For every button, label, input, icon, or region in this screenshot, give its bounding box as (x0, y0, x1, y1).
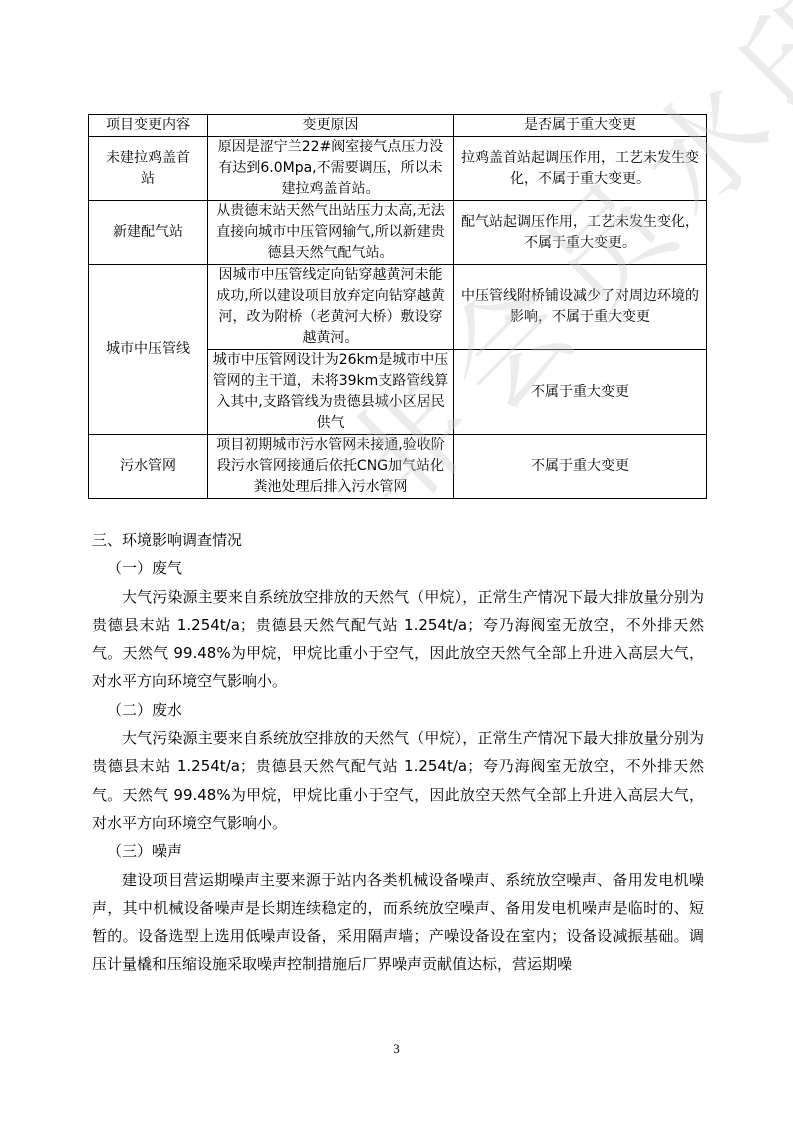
cell-reason: 从贵德末站天然气出站压力太高,无法直接向城市中压管网输气,所以新建贵德县天然气配… (208, 201, 454, 265)
header-reason: 变更原因 (208, 115, 454, 137)
cell-major: 中压管线附桥铺设减少了对周边环境的影响，不属于重大变更 (454, 265, 707, 350)
cell-item: 城市中压管线 (89, 265, 208, 435)
change-table: 项目变更内容 变更原因 是否属于重大变更 未建拉鸡盖首站 原因是涩宁兰22#阀室… (88, 114, 707, 499)
paragraph-noise: 建设项目营运期噪声主要来源于站内各类机械设备噪声、系统放空噪声、备用发电机噪声，… (92, 866, 704, 979)
cell-item: 新建配气站 (89, 201, 208, 265)
subsection-heading-noise: （三）噪声 (92, 837, 704, 865)
cell-major: 拉鸡盖首站起调压作用，工艺未发生变化，不属于重大变更。 (454, 137, 707, 201)
cell-major: 配气站起调压作用，工艺未发生变化，不属于重大变更。 (454, 201, 707, 265)
cell-reason: 项目初期城市污水管网未接通,验收阶段污水管网接通后依托CNG加气站化粪池处理后排… (208, 435, 454, 499)
subsection-heading-exhaust-gas: （一）废气 (92, 554, 704, 582)
document-body: 三、环境影响调查情况 （一）废气 大气污染源主要来自系统放空排放的天然气（甲烷）… (92, 526, 704, 979)
paragraph-wastewater: 大气污染源主要来自系统放空排放的天然气（甲烷），正常生产情况下最大排放量分别为贵… (92, 724, 704, 837)
header-item: 项目变更内容 (89, 115, 208, 137)
subsection-heading-wastewater: （二）废水 (92, 696, 704, 724)
cell-reason: 城市中压管网设计为26km是城市中压管网的主干道，未将39km支路管线算入其中,… (208, 350, 454, 435)
table-header-row: 项目变更内容 变更原因 是否属于重大变更 (89, 115, 707, 137)
cell-major: 不属于重大变更 (454, 435, 707, 499)
header-major: 是否属于重大变更 (454, 115, 707, 137)
table-row: 城市中压管线 因城市中压管线定向钻穿越黄河未能成功,所以建设项目放弃定向钻穿越黄… (89, 265, 707, 350)
cell-reason: 原因是涩宁兰22#阀室接气点压力没有达到6.0Mpa,不需要调压，所以未建拉鸡盖… (208, 137, 454, 201)
cell-reason: 因城市中压管线定向钻穿越黄河未能成功,所以建设项目放弃定向钻穿越黄河，改为附桥（… (208, 265, 454, 350)
paragraph-exhaust-gas: 大气污染源主要来自系统放空排放的天然气（甲烷），正常生产情况下最大排放量分别为贵… (92, 583, 704, 696)
cell-item: 污水管网 (89, 435, 208, 499)
cell-item: 未建拉鸡盖首站 (89, 137, 208, 201)
table-row: 新建配气站 从贵德末站天然气出站压力太高,无法直接向城市中压管网输气,所以新建贵… (89, 201, 707, 265)
document-page: 项目变更内容 变更原因 是否属于重大变更 未建拉鸡盖首站 原因是涩宁兰22#阀室… (0, 0, 793, 1122)
cell-major: 不属于重大变更 (454, 350, 707, 435)
table-row: 污水管网 项目初期城市污水管网未接通,验收阶段污水管网接通后依托CNG加气站化粪… (89, 435, 707, 499)
page-number: 3 (0, 1041, 793, 1057)
section-heading: 三、环境影响调查情况 (92, 526, 704, 554)
table-row: 未建拉鸡盖首站 原因是涩宁兰22#阀室接气点压力没有达到6.0Mpa,不需要调压… (89, 137, 707, 201)
